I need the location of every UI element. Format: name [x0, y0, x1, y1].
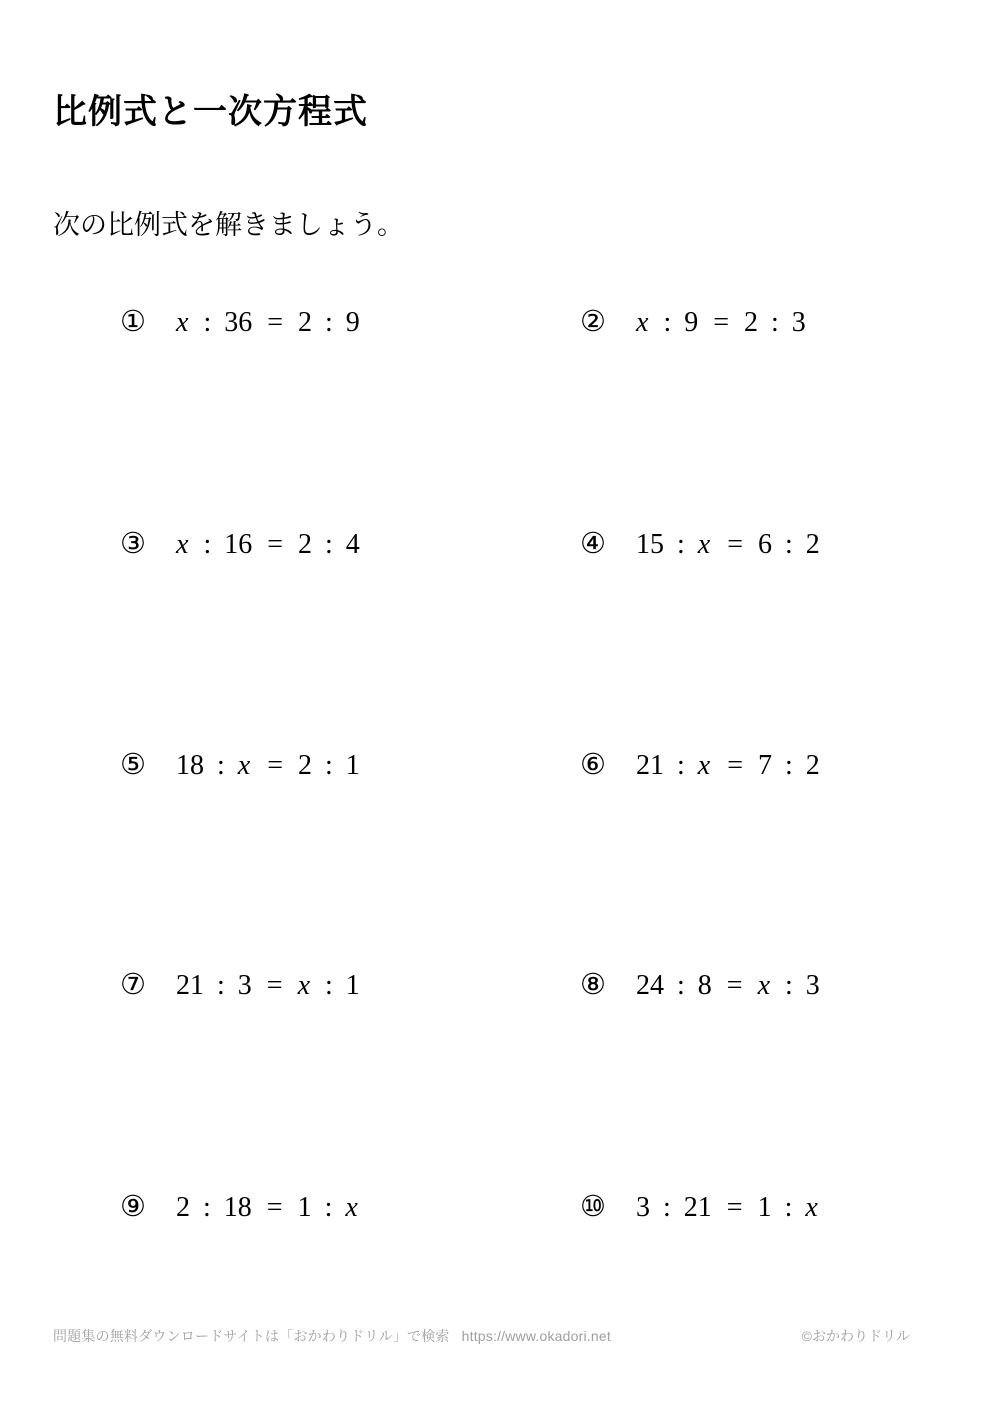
colon: : — [217, 747, 225, 785]
term-d: 3 — [792, 304, 806, 342]
term-d: 1 — [346, 747, 360, 785]
problem-item-2: ② x : 9 = 2 : 3 — [580, 303, 806, 342]
equals-sign: = — [267, 747, 283, 785]
equation: 2 : 18 = 1 : x — [176, 1189, 360, 1227]
term-d: 1 — [346, 967, 360, 1005]
term-d: 4 — [346, 526, 360, 564]
problem-number: ③ — [120, 525, 146, 563]
page-title: 比例式と一次方程式 — [53, 84, 368, 133]
equation: 24 : 8 = x : 3 — [636, 967, 820, 1005]
colon: : — [677, 526, 685, 564]
colon: : — [785, 526, 793, 564]
problem-number: ⑥ — [580, 746, 606, 784]
footer-site-url: https://www.okadori.net — [462, 1328, 611, 1344]
term-c: 2 — [298, 747, 312, 785]
equation: 15 : x = 6 : 2 — [636, 526, 820, 564]
term-c: 7 — [758, 747, 772, 785]
term-a: x — [636, 304, 650, 342]
colon: : — [203, 1189, 211, 1227]
equals-sign: = — [267, 1189, 283, 1227]
term-a: 2 — [176, 1189, 190, 1227]
equals-sign: = — [267, 526, 283, 564]
term-b: 16 — [224, 526, 252, 564]
worksheet-page: 比例式と一次方程式 次の比例式を解きましょう。 ① x : 36 = 2 : 9… — [0, 0, 1000, 1415]
term-d: x — [345, 1189, 359, 1227]
term-c: x — [298, 967, 312, 1005]
term-c: 2 — [298, 526, 312, 564]
term-a: 21 — [636, 747, 664, 785]
colon: : — [325, 1189, 333, 1227]
problem-number: ⑦ — [120, 966, 146, 1004]
equals-sign: = — [267, 304, 283, 342]
term-a: 15 — [636, 526, 664, 564]
colon: : — [785, 967, 793, 1005]
footer-copyright: ©おかわりドリル — [802, 1326, 910, 1346]
equation: 18 : x = 2 : 1 — [176, 747, 360, 785]
problem-item-9: ⑨ 2 : 18 = 1 : x — [120, 1188, 360, 1227]
colon: : — [325, 304, 333, 342]
term-d: 3 — [806, 967, 820, 1005]
colon: : — [771, 304, 779, 342]
term-d: 9 — [346, 304, 360, 342]
equation: 21 : x = 7 : 2 — [636, 747, 820, 785]
footer-credit: 問題集の無料ダウンロードサイトは「おかわりドリル」で検索 https://www… — [53, 1326, 611, 1346]
term-c: 1 — [298, 1189, 312, 1227]
colon: : — [677, 747, 685, 785]
footer-credit-label: 問題集の無料ダウンロードサイトは「おかわりドリル」で検索 — [53, 1326, 450, 1346]
term-b: x — [698, 747, 712, 785]
equals-sign: = — [267, 967, 283, 1005]
term-d: 2 — [806, 747, 820, 785]
colon: : — [325, 526, 333, 564]
colon: : — [203, 304, 211, 342]
equals-sign: = — [727, 747, 743, 785]
problem-number: ⑩ — [580, 1188, 606, 1226]
term-b: 3 — [238, 967, 252, 1005]
problem-number: ⑨ — [120, 1188, 146, 1226]
equation: x : 36 = 2 : 9 — [176, 304, 360, 342]
term-c: 2 — [744, 304, 758, 342]
equals-sign: = — [713, 304, 729, 342]
colon: : — [785, 1189, 793, 1227]
term-b: 36 — [224, 304, 252, 342]
colon: : — [663, 304, 671, 342]
term-a: 24 — [636, 967, 664, 1005]
problem-item-4: ④ 15 : x = 6 : 2 — [580, 525, 820, 564]
problem-item-7: ⑦ 21 : 3 = x : 1 — [120, 966, 360, 1005]
problem-item-5: ⑤ 18 : x = 2 : 1 — [120, 746, 360, 785]
equation: x : 9 = 2 : 3 — [636, 304, 806, 342]
equals-sign: = — [727, 526, 743, 564]
term-d: 2 — [806, 526, 820, 564]
colon: : — [785, 747, 793, 785]
term-b: 8 — [698, 967, 712, 1005]
term-b: 18 — [224, 1189, 252, 1227]
problem-item-1: ① x : 36 = 2 : 9 — [120, 303, 360, 342]
problem-number: ② — [580, 303, 606, 341]
term-a: 18 — [176, 747, 204, 785]
equation: 21 : 3 = x : 1 — [176, 967, 360, 1005]
term-a: 3 — [636, 1189, 650, 1227]
term-b: 9 — [684, 304, 698, 342]
problem-number: ⑤ — [120, 746, 146, 784]
problem-item-3: ③ x : 16 = 2 : 4 — [120, 525, 360, 564]
problem-item-8: ⑧ 24 : 8 = x : 3 — [580, 966, 820, 1005]
term-a: 21 — [176, 967, 204, 1005]
colon: : — [677, 967, 685, 1005]
colon: : — [325, 967, 333, 1005]
problem-item-10: ⑩ 3 : 21 = 1 : x — [580, 1188, 820, 1227]
term-c: 2 — [298, 304, 312, 342]
term-c: 1 — [758, 1189, 772, 1227]
problem-item-6: ⑥ 21 : x = 7 : 2 — [580, 746, 820, 785]
term-b: x — [238, 747, 252, 785]
equals-sign: = — [727, 967, 743, 1005]
term-a: x — [176, 526, 190, 564]
term-c: 6 — [758, 526, 772, 564]
colon: : — [325, 747, 333, 785]
colon: : — [203, 526, 211, 564]
term-d: x — [805, 1189, 819, 1227]
problem-number: ④ — [580, 525, 606, 563]
problem-number: ⑧ — [580, 966, 606, 1004]
equals-sign: = — [727, 1189, 743, 1227]
equation: 3 : 21 = 1 : x — [636, 1189, 820, 1227]
problem-number: ① — [120, 303, 146, 341]
term-a: x — [176, 304, 190, 342]
colon: : — [217, 967, 225, 1005]
equation: x : 16 = 2 : 4 — [176, 526, 360, 564]
term-b: 21 — [684, 1189, 712, 1227]
colon: : — [663, 1189, 671, 1227]
instruction-text: 次の比例式を解きましょう。 — [53, 203, 404, 242]
term-b: x — [698, 526, 712, 564]
term-c: x — [758, 967, 772, 1005]
